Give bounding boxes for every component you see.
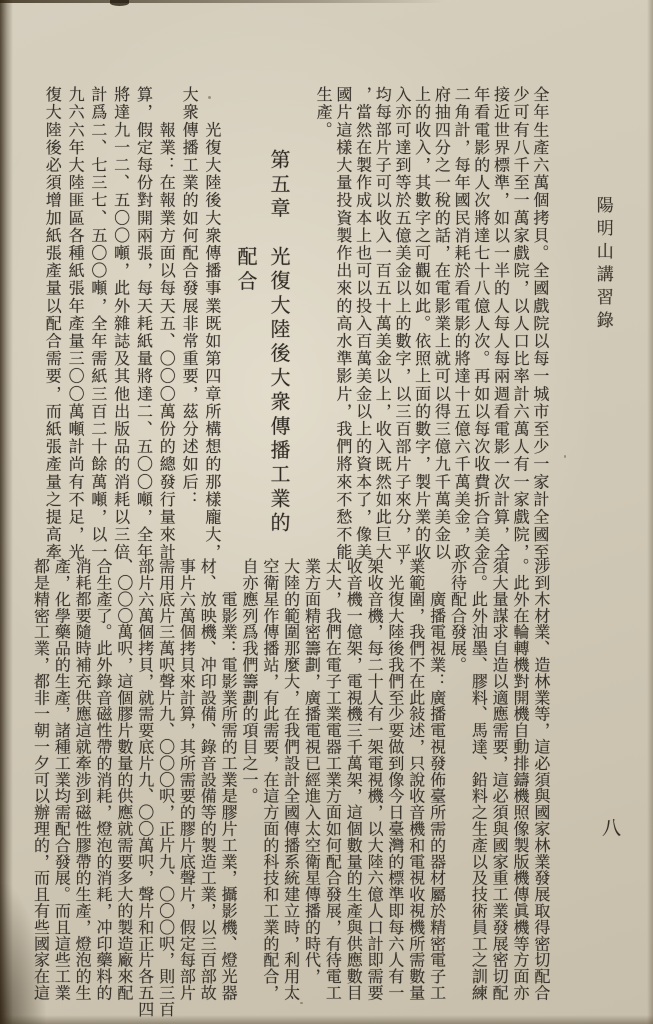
text-column: 需用底片三萬呎聲片九、〇〇〇呎，正片九、〇〇〇呎，則三百 (155, 558, 174, 1018)
text-column: ，當然在製作成本上也可以投入百萬美金以上的資本了，像美 (352, 86, 371, 564)
stain-speck (300, 1002, 303, 1004)
text-column: 計爲二、七三七、五〇〇噸，全年需紙三百二十餘萬噸，以一 (87, 86, 106, 564)
stain-speck (118, 556, 120, 558)
scanned-page: 全年生產六萬個拷貝。全國戲院以每一城市至少一家計全國至少可有八千至一萬家戲院，以… (0, 0, 653, 1024)
text-column: 大衆傳播工業的如何配合發展非常重要，茲分述如后： (178, 86, 197, 564)
text-column: 業方面精密籌劃，廣播電視已經進入太空衛星傳播的時代， (301, 558, 320, 1018)
text-column: 將達九一二、五〇〇噸，此外雜誌及其他出版品的消耗以三倍 (110, 86, 129, 564)
text-column: 全年生產六萬個拷貝。全國戲院以每一城市至少一家計全國至 (529, 86, 548, 564)
text-column: 部片六萬個拷貝，就需要底片九、〇〇萬呎，聲片和正片各五四 (134, 558, 153, 1018)
text-column: 。此外在輪轉機對開機自動排鑄機照像製版機傳眞機等方面亦 (509, 558, 528, 1018)
text-column: 太大，我們在電子工業電器工業方面如何配合發展，有待電工 (322, 558, 341, 1018)
page-number: 八 (596, 818, 623, 837)
book-title: 陽明山講習錄 (593, 196, 612, 334)
text-column: 年看電影的人次將達七十八億人次。再如以每次收費折合美金 (470, 86, 489, 564)
text-column: 入亦可達到等於五億美金以上的數字，以三百部片子來分，平 (391, 86, 410, 564)
text-column: 合生產了。此外錄音磁性帶的消耗，燈泡的消耗，冲印藥料的 (92, 558, 111, 1018)
chapter-heading-line1: 第五章 光復大陸後大衆傳播工業的 (266, 149, 290, 536)
scan-corner-shadow (0, 884, 46, 1024)
stain-speck (564, 455, 566, 458)
scan-edge-left-shadow (0, 0, 13, 1024)
text-column: 九六六年大陸匪區各種紙張年產量三〇〇萬噸計尚有不足，光 (64, 86, 83, 564)
stain-speck (208, 96, 211, 99)
scan-ink-blot (110, 0, 129, 6)
text-column: 消耗都要隨時補充供應這就牽涉到磁性膠帶的生產，燈泡的生 (71, 558, 90, 1018)
text-column: 生產。 (312, 86, 331, 564)
text-column: 電影業：電影業所需的工業是膠片工業，攝影機、燈光器 (217, 558, 236, 1018)
text-column: 自亦應列爲我們籌劃的項目之一。 (238, 558, 257, 1018)
text-column: 少可有八千至一萬家戲院，以人口比率計六萬人有一家戲院， (509, 86, 528, 564)
scan-edge-bottom-shadow (0, 1015, 653, 1024)
text-column: 接近世界標準，如以一半的人每人每兩週看電影一次計算，全 (490, 86, 509, 564)
text-column: 架收音機，每二十人有一架電視機，以大陸六億人口計即需要 (363, 558, 382, 1018)
text-column: 國片這樣大量投資製作出來的高水準影片，我們將來不愁不能 (332, 86, 351, 564)
text-column: 產，化學藥品的生產，諸種工業均需配合發展。而且這些工業 (50, 558, 69, 1018)
text-column: 合。此外油墨、膠料、馬達、鉛料之生產以及技術員工之訓練 (467, 558, 486, 1018)
scan-edge-right-shadow (647, 0, 653, 1024)
text-column: 復大陸後必須增加紙張產量以配合需要，而紙張產量之提高牽 (41, 86, 60, 564)
text-column: 事片六萬個拷貝來計算，其所需要的膠片底聲片，假定每部片 (176, 558, 195, 1018)
text-column: 算，假定每份對開兩張，每天耗紙量將達二、五〇〇噸，全年 (133, 86, 152, 564)
chapter-heading-line2: 配合 (233, 246, 257, 294)
text-column: 材、放映機、冲印設備、錄音設備等的製造工業，以三百部故 (196, 558, 215, 1018)
scan-edge-top-shadow (0, 0, 445, 3)
text-column: 亦待配合發展。 (447, 558, 466, 1018)
text-column: 上的收入，其數字之可觀如此。依照上面的數字，製片業的收 (411, 86, 430, 564)
text-column: 二角計，每年國民消耗於看電影的將達十五億六千萬美金，政 (450, 86, 469, 564)
text-column: 大陸的範圍那麼大，在我們設計全國傳播系統建立時，利用太 (280, 558, 299, 1018)
text-column: 報業：在報業方面以每天五、〇〇〇萬份的總發行量來計 (155, 86, 174, 564)
text-column: ，光復大陸後我們至少要做到像今日臺灣的標準即每六人有一 (384, 558, 403, 1018)
text-column: 廣播電視業：廣播電視發佈臺所需的器材屬於精密電子工 (426, 558, 445, 1018)
text-column: 收音機一億架，電視機三千萬架，這個數量的生產與供應數目 (342, 558, 361, 1018)
text-column: 業範圍，我們不在此敍述，只說收音機和電視收視機所需數量 (405, 558, 424, 1018)
text-column: 須大量謀求自造以適應需要，這必須與國家重工業發展密切配 (488, 558, 507, 1018)
text-column: 光復大陸後大衆傳播事業既如第四章所構想的那樣龐大， (201, 86, 220, 564)
text-column: 空衛星作傳播站，有此需要，在這方面的科技和工業的配合， (259, 558, 278, 1018)
text-column: 均每部片子可以收入一百五十萬美金以上，收入既然如此巨大 (371, 86, 390, 564)
text-column: 府抽四分之一稅的話，在電影業上就可以得三億九千萬美金以 (431, 86, 450, 564)
text-column: 、〇〇〇萬呎，這個膠片數量的供應就需要多大的製造廠來配 (113, 558, 132, 1018)
text-column: 涉到木材業、造林業等，這必須與國家林業發展取得密切配合 (530, 558, 549, 1018)
